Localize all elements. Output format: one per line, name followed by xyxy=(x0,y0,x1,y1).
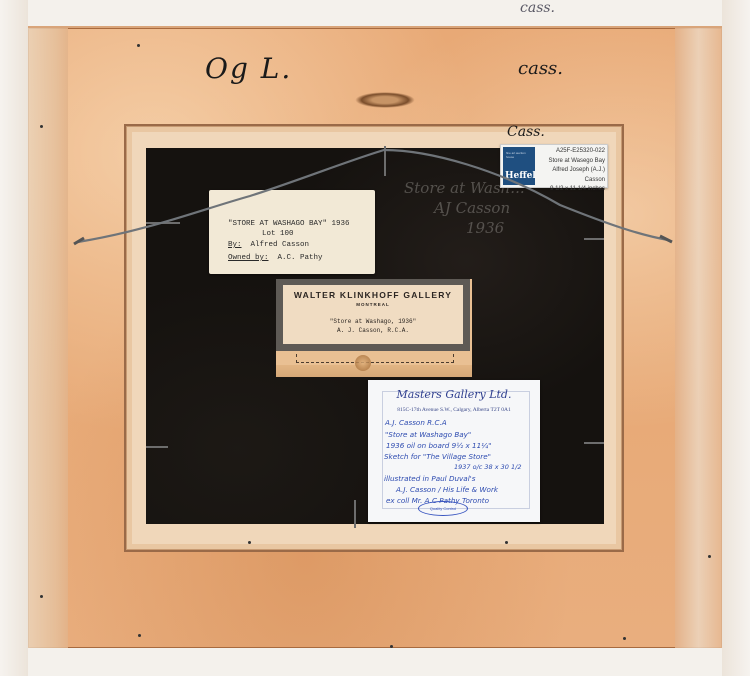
right-liner xyxy=(722,0,750,676)
owned-label: Owned by: xyxy=(228,254,269,262)
tack xyxy=(40,125,43,128)
handwriting-frame-left: Og L. xyxy=(205,52,292,85)
card-artist: Alfred Casson xyxy=(251,241,310,249)
masters-note-line: A.J. Casson R.C.A xyxy=(385,418,447,427)
card-owner: A.C. Pathy xyxy=(278,254,323,262)
masters-note-line: 1937 o/c 38 x 30 1/2 xyxy=(454,463,521,471)
staple xyxy=(384,146,386,176)
perforated-edge xyxy=(296,354,454,363)
tack xyxy=(137,44,140,47)
heffel-lot-code: A25F-E25320-022 xyxy=(537,147,605,157)
heffel-logo-tagline: fine art auction house xyxy=(506,151,532,159)
heffel-label-text: A25F-E25320-022 Store at Wasego Bay Alfr… xyxy=(537,147,605,195)
klinkhoff-artist: A. J. Casson, R.C.A. xyxy=(283,327,463,334)
tack xyxy=(138,634,141,637)
staple xyxy=(146,222,180,224)
staple xyxy=(584,442,604,444)
tack xyxy=(40,595,43,598)
quality-stamp: Quality Control xyxy=(418,501,468,516)
frame-right-rail xyxy=(675,28,722,648)
staple xyxy=(146,446,168,448)
masters-note-line: illustrated in Paul Duval's xyxy=(384,474,475,483)
tack xyxy=(390,645,393,648)
masters-note-line: 1936 oil on board 9½ x 11¼" xyxy=(386,441,491,450)
staple xyxy=(354,500,356,528)
bottom-liner xyxy=(0,648,750,676)
handwriting-frame-right: cass. xyxy=(518,58,563,79)
pencil-line-2: AJ Casson xyxy=(434,198,525,218)
masters-note-line: "Store at Washago Bay" xyxy=(385,430,471,439)
frame-left-rail xyxy=(28,28,68,648)
tack xyxy=(623,637,626,640)
heffel-logo-text: Heffel xyxy=(505,171,536,181)
heffel-title: Store at Wasego Bay xyxy=(537,157,605,167)
left-liner xyxy=(0,0,28,676)
klinkhoff-city: MONTREAL xyxy=(283,302,463,307)
card-owner-row: Owned by: A.C. Pathy xyxy=(228,254,323,262)
card-artist-row: By: Alfred Casson xyxy=(228,241,309,249)
klinkhoff-gallery-name: WALTER KLINKHOFF GALLERY xyxy=(283,290,463,300)
card-title: "STORE AT WASHAGO BAY" 1936 xyxy=(228,220,350,228)
masters-gallery-name: Masters Gallery Ltd. xyxy=(368,388,540,401)
tack xyxy=(505,541,508,544)
pencil-line-3: 1936 xyxy=(466,218,525,238)
typed-lot-card: "STORE AT WASHAGO BAY" 1936 Lot 100 By: … xyxy=(209,190,375,274)
heffel-artist: Alfred Joseph (A.J.) Casson xyxy=(537,166,605,185)
masters-address: 815C-17th Avenue S.W., Calgary, Alberta … xyxy=(368,407,540,413)
heffel-dimensions: 9 1/2 x 11 1/4 inches xyxy=(537,185,605,195)
card-lot: Lot 100 xyxy=(262,230,294,238)
heffel-logo: fine art auction house Heffel xyxy=(503,147,535,185)
heffel-label: fine art auction house Heffel A25F-E2532… xyxy=(500,144,608,188)
masters-note-line: Sketch for "The Village Store" xyxy=(384,452,491,461)
tack xyxy=(708,555,711,558)
handwriting-stretcher: Cass. xyxy=(507,124,545,140)
top-liner xyxy=(0,0,750,28)
staple xyxy=(584,238,604,240)
wax-seal xyxy=(355,355,371,371)
klinkhoff-title: "Store at Washago, 1936" xyxy=(283,318,463,325)
masters-note-line: A.J. Casson / His Life & Work xyxy=(396,485,498,494)
handwriting-liner-top: cass. xyxy=(520,0,555,16)
tack xyxy=(248,541,251,544)
wood-knot xyxy=(355,92,415,108)
by-label: By: xyxy=(228,241,242,249)
